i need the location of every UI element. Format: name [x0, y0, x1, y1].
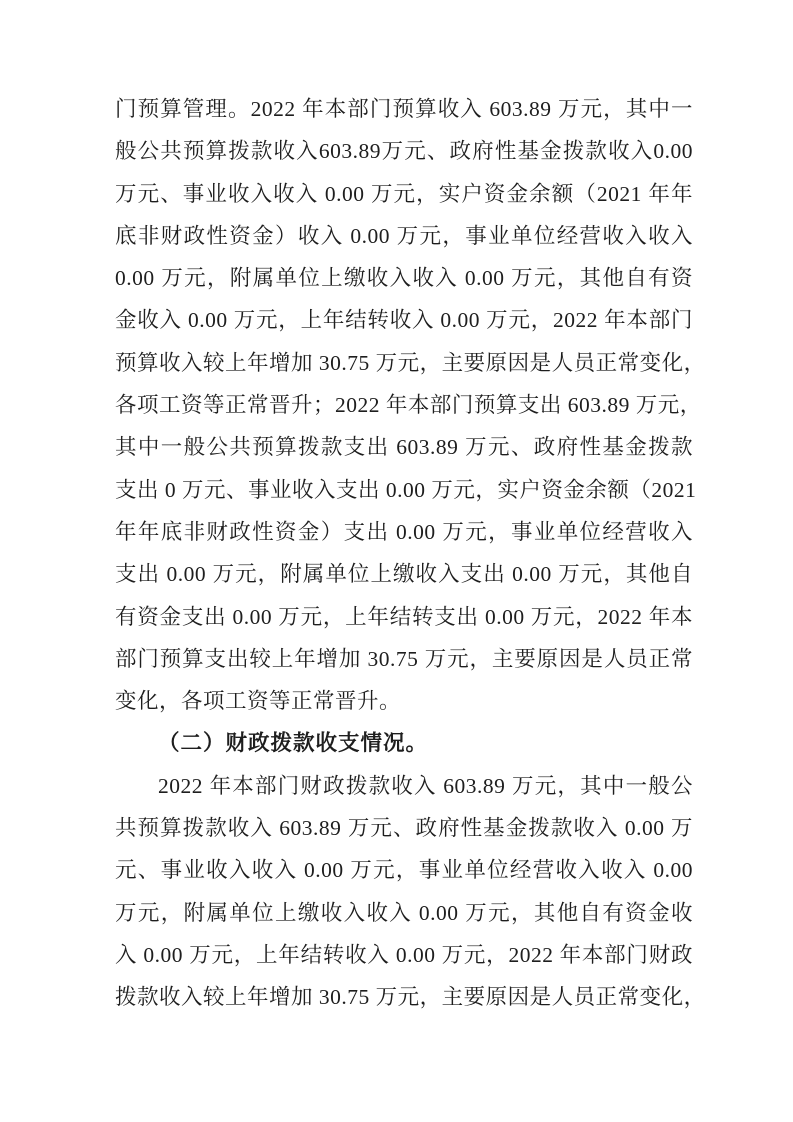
text-line: 支出 0 万元、事业收入支出 0.00 万元，实户资金余额（2021 — [115, 469, 693, 511]
text-line: 年年底非财政性资金）支出 0.00 万元，事业单位经营收入 — [115, 511, 693, 553]
text-line: 2022 年本部门财政拨款收入 603.89 万元，其中一般公 — [115, 765, 693, 807]
text-line: 拨款收入较上年增加 30.75 万元，主要原因是人员正常变化， — [115, 976, 693, 1018]
text-line: 万元、事业收入收入 0.00 万元，实户资金余额（2021 年年 — [115, 173, 693, 215]
text-line: 0.00 万元，附属单位上缴收入收入 0.00 万元，其他自有资 — [115, 257, 693, 299]
text-line: 般公共预算拨款收入603.89万元、政府性基金拨款收入0.00 — [115, 130, 693, 172]
text-line: 门预算管理。2022 年本部门预算收入 603.89 万元，其中一 — [115, 88, 693, 130]
text-line: 元、事业收入收入 0.00 万元，事业单位经营收入收入 0.00 — [115, 849, 693, 891]
text-line: 各项工资等正常晋升；2022 年本部门预算支出 603.89 万元， — [115, 384, 693, 426]
document-body: 门预算管理。2022 年本部门预算收入 603.89 万元，其中一般公共预算拨款… — [115, 88, 693, 1019]
text-line: 变化，各项工资等正常晋升。 — [115, 680, 693, 722]
text-line: 共预算拨款收入 603.89 万元、政府性基金拨款收入 0.00 万 — [115, 807, 693, 849]
text-line: 部门预算支出较上年增加 30.75 万元，主要原因是人员正常 — [115, 638, 693, 680]
text-line: 其中一般公共预算拨款支出 603.89 万元、政府性基金拨款 — [115, 426, 693, 468]
text-line: 预算收入较上年增加 30.75 万元，主要原因是人员正常变化， — [115, 342, 693, 384]
text-line: 入 0.00 万元，上年结转收入 0.00 万元，2022 年本部门财政 — [115, 934, 693, 976]
text-line: 金收入 0.00 万元，上年结转收入 0.00 万元，2022 年本部门 — [115, 299, 693, 341]
text-line: 有资金支出 0.00 万元，上年结转支出 0.00 万元，2022 年本 — [115, 596, 693, 638]
text-line: 支出 0.00 万元，附属单位上缴收入支出 0.00 万元，其他自 — [115, 553, 693, 595]
section-heading: （二）财政拨款收支情况。 — [115, 722, 693, 764]
text-line: 底非财政性资金）收入 0.00 万元，事业单位经营收入收入 — [115, 215, 693, 257]
text-line: 万元，附属单位上缴收入收入 0.00 万元，其他自有资金收 — [115, 892, 693, 934]
document-page: 门预算管理。2022 年本部门预算收入 603.89 万元，其中一般公共预算拨款… — [0, 0, 793, 1122]
